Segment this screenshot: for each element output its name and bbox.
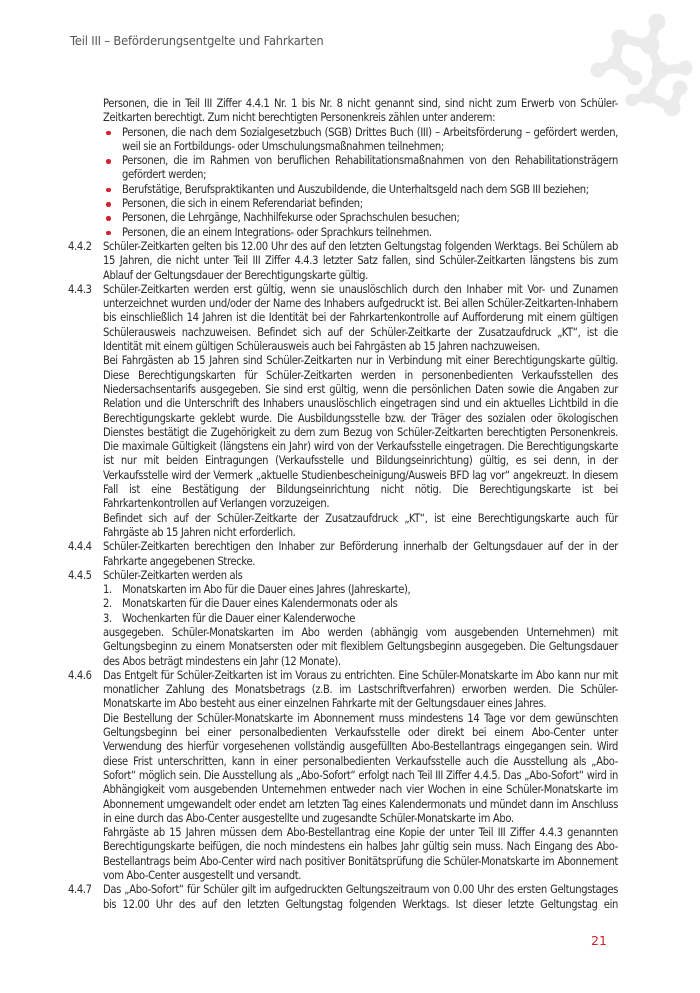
section-4-4-6: 4.4.6 Das Entgelt für Schüler-Zeitkarten…	[68, 669, 618, 883]
list-item: 1. Monatskarten im Abo für die Dauer ein…	[103, 583, 618, 597]
section-lead: Schüler-Zeitkarten werden als	[103, 569, 618, 583]
list-number: 1.	[103, 583, 122, 597]
section-4-4-3: 4.4.3 Schüler-Zeitkarten werden erst gül…	[68, 283, 618, 540]
list-item: 3. Wochenkarten für die Dauer einer Kale…	[103, 612, 618, 626]
section-paragraph: Das Entgelt für Schüler-Zeitkarten ist i…	[103, 669, 618, 712]
section-paragraph: Die Bestellung der Schüler-Monatskarte i…	[103, 712, 618, 826]
list-number: 2.	[103, 597, 122, 611]
section-paragraph: Schüler-Zeitkarten werden erst gültig, w…	[103, 283, 618, 354]
list-item: Personen, die Lehrgänge, Nachhilfekurse …	[103, 211, 618, 225]
section-4-4-2: 4.4.2 Schüler-Zeitkarten gelten bis 12.0…	[68, 240, 618, 283]
page-number: 21	[591, 933, 607, 948]
section-number: 4.4.7	[68, 883, 103, 912]
list-item: 2. Monatskarten für die Dauer eines Kale…	[103, 597, 618, 611]
section-4-4-7: 4.4.7 Das „Abo-Sofort“ für Schüler gilt …	[68, 883, 618, 912]
list-item: Berufstätige, Berufspraktikanten und Aus…	[103, 183, 618, 197]
section-number: 4.4.4	[68, 540, 103, 569]
section-paragraph: Bei Fahrgästen ab 15 Jahren sind Schüler…	[103, 354, 618, 511]
document-body: Personen, die in Teil III Ziffer 4.4.1 N…	[68, 97, 618, 912]
list-item: Personen, die sich in einem Referendaria…	[103, 197, 618, 211]
section-number: 4.4.6	[68, 669, 103, 883]
list-text: Monatskarten für die Dauer eines Kalende…	[122, 597, 397, 611]
section-number: 4.4.3	[68, 283, 103, 540]
list-number: 3.	[103, 612, 122, 626]
list-item: Personen, die im Rahmen von beruflichen …	[103, 154, 618, 183]
section-4-4-4: 4.4.4 Schüler-Zeitkarten berechtigen den…	[68, 540, 618, 569]
list-item: Personen, die an einem Integrations- ode…	[103, 226, 618, 240]
section-paragraph: Befindet sich auf der Schüler-Zeitkarte …	[103, 512, 618, 541]
intro-block: Personen, die in Teil III Ziffer 4.4.1 N…	[68, 97, 618, 126]
ticket-types-list: 1. Monatskarten im Abo für die Dauer ein…	[103, 583, 618, 626]
section-paragraph: Fahrgäste ab 15 Jahren müssen dem Abo-Be…	[103, 826, 618, 883]
list-item: Personen, die nach dem Sozialgesetzbuch …	[103, 126, 618, 155]
running-header: Teil III – Beförderungsentgelte und Fahr…	[70, 33, 323, 48]
section-paragraph: Schüler-Zeitkarten berechtigen den Inhab…	[103, 540, 618, 569]
list-text: Monatskarten im Abo für die Dauer eines …	[122, 583, 410, 597]
section-paragraph: ausgegeben. Schüler-Monatskarten im Abo …	[103, 626, 618, 669]
excluded-persons-list: Personen, die nach dem Sozialgesetzbuch …	[68, 126, 618, 240]
section-paragraph: Das „Abo-Sofort“ für Schüler gilt im auf…	[103, 883, 618, 912]
intro-paragraph: Personen, die in Teil III Ziffer 4.4.1 N…	[103, 97, 618, 126]
section-number: 4.4.2	[68, 240, 103, 283]
list-text: Wochenkarten für die Dauer einer Kalende…	[122, 612, 355, 626]
section-paragraph: Schüler-Zeitkarten gelten bis 12.00 Uhr …	[103, 240, 618, 283]
section-number: 4.4.5	[68, 569, 103, 669]
section-4-4-5: 4.4.5 Schüler-Zeitkarten werden als 1. M…	[68, 569, 618, 669]
